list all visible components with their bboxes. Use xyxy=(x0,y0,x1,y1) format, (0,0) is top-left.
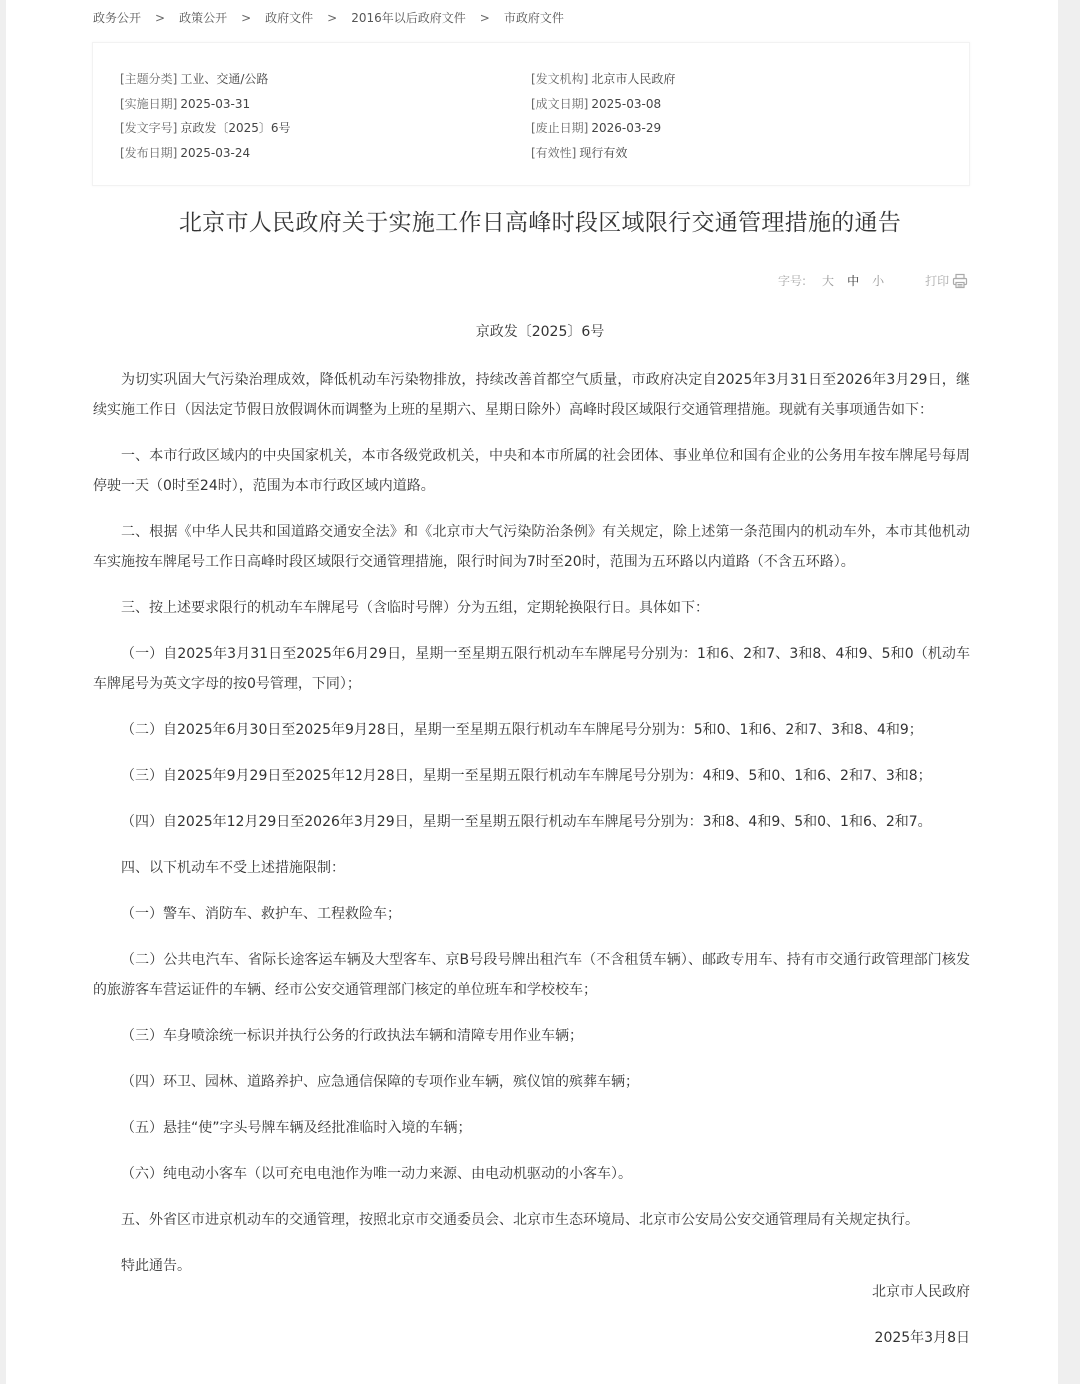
article-3: 三、按上述要求限行的机动车车牌尾号（含临时号牌）分为五组，定期轮换限行日。具体如… xyxy=(93,593,970,623)
print-button[interactable]: 打印 xyxy=(925,272,968,289)
metadata-written-date: [成文日期]2025-03-08 xyxy=(531,92,675,117)
breadcrumb-item-policy[interactable]: 政策公开 xyxy=(179,9,227,26)
font-size-medium-button[interactable]: 中 xyxy=(847,272,859,289)
metadata-value: 工业、交通/公路 xyxy=(180,72,268,86)
metadata-value: 2025-03-31 xyxy=(180,97,250,111)
metadata-value: 北京市人民政府 xyxy=(591,72,675,86)
article-5: 五、外省区市进京机动车的交通管理，按照北京市交通委员会、北京市生态环境局、北京市… xyxy=(93,1205,970,1235)
metadata-left-column: [主题分类]工业、交通/公路 [实施日期]2025-03-31 [发文字号]京政… xyxy=(120,67,291,166)
signature-issuer: 北京市人民政府 xyxy=(872,1281,970,1301)
article-4-item-3: （三）车身喷涂统一标识并执行公务的行政执法车辆和清障专用作业车辆； xyxy=(93,1021,970,1051)
font-size-large-button[interactable]: 大 xyxy=(822,272,834,289)
font-size-small-button[interactable]: 小 xyxy=(872,272,884,289)
breadcrumb-separator: > xyxy=(480,11,490,25)
print-label: 打印 xyxy=(925,272,949,289)
breadcrumb-item-post-2016[interactable]: 2016年以后政府文件 xyxy=(351,9,466,26)
metadata-value: 2025-03-24 xyxy=(180,146,250,160)
metadata-value: 京政发〔2025〕6号 xyxy=(180,121,290,135)
metadata-right-column: [发文机构]北京市人民政府 [成文日期]2025-03-08 [废止日期]202… xyxy=(531,67,675,166)
metadata-label: [主题分类] xyxy=(120,72,177,86)
article-2: 二、根据《中华人民共和国道路交通安全法》和《北京市大气污染防治条例》有关规定，除… xyxy=(93,517,970,577)
document-title: 北京市人民政府关于实施工作日高峰时段区域限行交通管理措施的通告 xyxy=(0,204,1080,237)
breadcrumb-separator: > xyxy=(241,11,251,25)
metadata-doc-number: [发文字号]京政发〔2025〕6号 xyxy=(120,116,291,141)
font-size-label: 字号: xyxy=(778,272,806,289)
article-4-item-1: （一）警车、消防车、救护车、工程救险车； xyxy=(93,899,970,929)
document-number: 京政发〔2025〕6号 xyxy=(0,321,1080,341)
article-4-item-4: （四）环卫、园林、道路养护、应急通信保障的专项作业车辆，殡仪馆的殡葬车辆； xyxy=(93,1067,970,1097)
metadata-label: [发文机构] xyxy=(531,72,588,86)
metadata-value: 2025-03-08 xyxy=(591,97,661,111)
metadata-effective-date: [实施日期]2025-03-31 xyxy=(120,92,291,117)
metadata-value: 2026-03-29 xyxy=(591,121,661,135)
breadcrumb-separator: > xyxy=(155,11,165,25)
metadata-expiry-date: [废止日期]2026-03-29 xyxy=(531,116,675,141)
reading-tools: 字号: 大 中 小 打印 xyxy=(778,272,968,289)
article-3-item-3: （三）自2025年9月29日至2025年12月28日，星期一至星期五限行机动车车… xyxy=(93,761,970,791)
metadata-publish-date: [发布日期]2025-03-24 xyxy=(120,141,291,166)
article-4-item-2: （二）公共电汽车、省际长途客运车辆及大型客车、京B号段号牌出租汽车（不含租赁车辆… xyxy=(93,945,970,1005)
metadata-issuer: [发文机构]北京市人民政府 xyxy=(531,67,675,92)
metadata-label: [发文字号] xyxy=(120,121,177,135)
intro-paragraph: 为切实巩固大气污染治理成效，降低机动车污染物排放，持续改善首都空气质量，市政府决… xyxy=(93,365,970,425)
metadata-label: [成文日期] xyxy=(531,97,588,111)
breadcrumb: 政务公开 > 政策公开 > 政府文件 > 2016年以后政府文件 > 市政府文件 xyxy=(93,9,564,26)
printer-icon xyxy=(952,273,968,289)
article-3-item-1: （一）自2025年3月31日至2025年6月29日，星期一至星期五限行机动车车牌… xyxy=(93,639,970,699)
metadata-validity: [有效性]现行有效 xyxy=(531,141,675,166)
document-body: 为切实巩固大气污染治理成效，降低机动车污染物排放，持续改善首都空气质量，市政府决… xyxy=(93,365,970,1297)
breadcrumb-item-municipal-docs[interactable]: 市政府文件 xyxy=(504,9,564,26)
metadata-label: [废止日期] xyxy=(531,121,588,135)
metadata-label: [发布日期] xyxy=(120,146,177,160)
article-3-item-4: （四）自2025年12月29日至2026年3月29日，星期一至星期五限行机动车车… xyxy=(93,807,970,837)
article-4-item-5: （五）悬挂“使”字头号牌车辆及经批准临时入境的车辆； xyxy=(93,1113,970,1143)
breadcrumb-item-gov-documents[interactable]: 政府文件 xyxy=(265,9,313,26)
breadcrumb-separator: > xyxy=(327,11,337,25)
article-1: 一、本市行政区域内的中央国家机关，本市各级党政机关，中央和本市所属的社会团体、事… xyxy=(93,441,970,501)
document-metadata-box: [主题分类]工业、交通/公路 [实施日期]2025-03-31 [发文字号]京政… xyxy=(92,42,970,186)
metadata-label: [有效性] xyxy=(531,146,576,160)
signature-date: 2025年3月8日 xyxy=(875,1327,970,1347)
closing-statement: 特此通告。 xyxy=(93,1251,970,1281)
article-4: 四、以下机动车不受上述措施限制： xyxy=(93,853,970,883)
article-3-item-2: （二）自2025年6月30日至2025年9月28日，星期一至星期五限行机动车车牌… xyxy=(93,715,970,745)
metadata-subject: [主题分类]工业、交通/公路 xyxy=(120,67,291,92)
article-4-item-6: （六）纯电动小客车（以可充电电池作为唯一动力来源、由电动机驱动的小客车）。 xyxy=(93,1159,970,1189)
metadata-label: [实施日期] xyxy=(120,97,177,111)
metadata-value: 现行有效 xyxy=(579,146,627,160)
breadcrumb-item-gov-affairs[interactable]: 政务公开 xyxy=(93,9,141,26)
